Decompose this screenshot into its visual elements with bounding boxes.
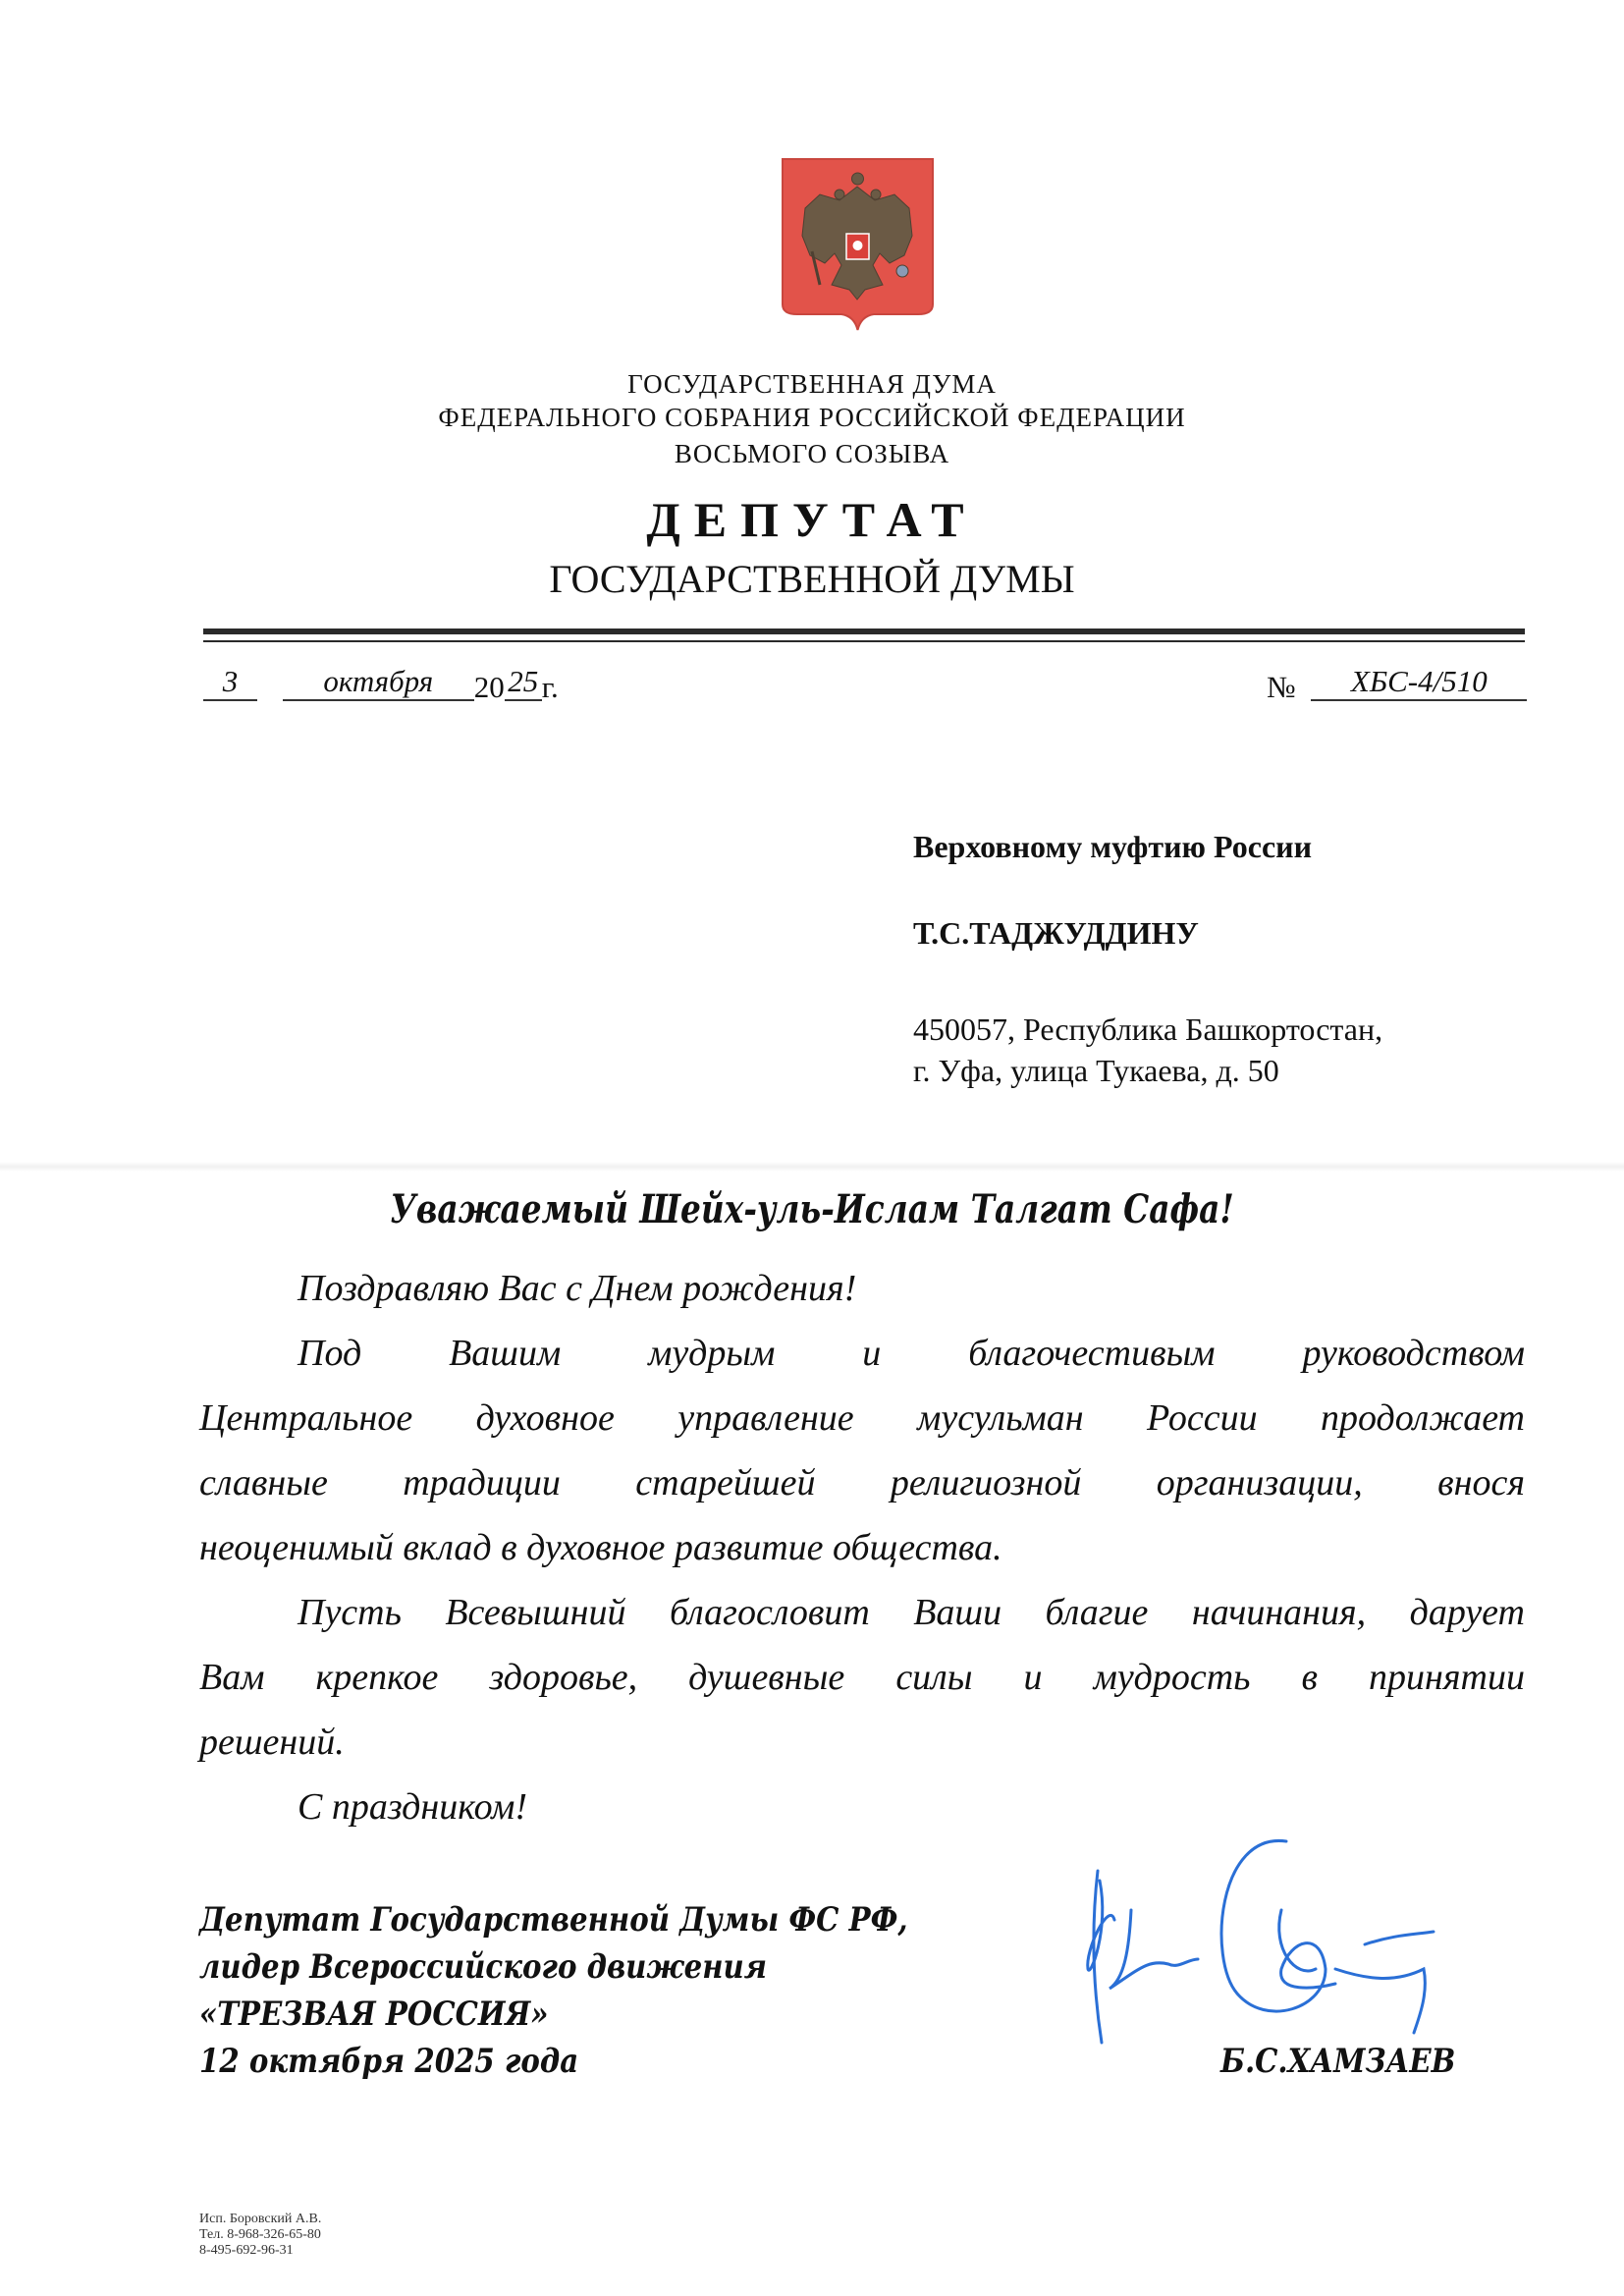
executor-name: Исп. Боровский А.В. xyxy=(199,2212,321,2227)
executor-phone2: 8-495-692-96-31 xyxy=(199,2243,294,2259)
addressee-address-line2: г. Уфа, улица Тукаева, д. 50 xyxy=(913,1053,1279,1089)
header-rule-thick xyxy=(203,629,1525,634)
letterhead-subtitle: ГОСУДАРСТВЕННОЙ ДУМЫ xyxy=(0,556,1624,602)
signature-title-line1: Депутат Государственной Думы ФС РФ, xyxy=(199,1900,908,1940)
signature-title-line3: «ТРЕЗВАЯ РОССИЯ» xyxy=(199,1995,549,2034)
body-line: решений. xyxy=(199,1721,1525,1764)
addressee-position: Верховному муфтию России xyxy=(913,829,1312,865)
header-rule-thin xyxy=(203,640,1525,642)
outgoing-number: № ХБС-4/510 xyxy=(1267,664,1527,705)
handwritten-signature xyxy=(1070,1822,1463,2048)
addressee-address-line1: 450057, Республика Башкортостан, xyxy=(913,1011,1382,1048)
body-line: Под Вашим мудрым и благочестивым руковод… xyxy=(298,1332,1525,1375)
greeting: Уважаемый Шейх-уль-Ислам Талгат Сафа! xyxy=(146,1186,1478,1232)
addressee-name: Т.С.ТАДЖУДДИНУ xyxy=(913,915,1199,952)
date-month: октября xyxy=(283,664,474,701)
executor-phone1: Тел. 8-968-326-65-80 xyxy=(199,2227,321,2243)
outgoing-date: 3 октября2025г. xyxy=(203,664,559,705)
date-year-mark: г. xyxy=(542,670,559,704)
body-line: Поздравляю Вас с Днем рождения! xyxy=(298,1267,1525,1310)
signature-date: 12 октября 2025 года xyxy=(199,2042,578,2081)
scan-artifact xyxy=(0,1162,1624,1172)
signature-title-line2: лидер Всероссийского движения xyxy=(199,1947,767,1987)
body-line: неоценимый вклад в духовное развитие общ… xyxy=(199,1526,1525,1569)
date-day: 3 xyxy=(203,664,257,701)
letterhead-title: ДЕПУТАТ xyxy=(0,491,1624,548)
letterhead-line1: ГОСУДАРСТВЕННАЯ ДУМА xyxy=(0,369,1624,400)
body-line: Центральное духовное управление мусульма… xyxy=(199,1396,1525,1440)
body-line: Пусть Всевышний благословит Ваши благие … xyxy=(298,1591,1525,1634)
letterhead-line3: ВОСЬМОГО СОЗЫВА xyxy=(0,439,1624,469)
body-line: славные традиции старейшей религиозной о… xyxy=(199,1461,1525,1504)
date-year-prefix: 20 xyxy=(474,670,505,704)
coat-of-arms-emblem xyxy=(781,157,935,332)
letterhead-line2: ФЕДЕРАЛЬНОГО СОБРАНИЯ РОССИЙСКОЙ ФЕДЕРАЦ… xyxy=(0,403,1624,433)
body-line: Вам крепкое здоровье, душевные силы и му… xyxy=(199,1656,1525,1699)
date-year-suffix: 25 xyxy=(505,664,542,701)
number-label: № xyxy=(1267,670,1296,704)
number-value: ХБС-4/510 xyxy=(1311,664,1527,701)
